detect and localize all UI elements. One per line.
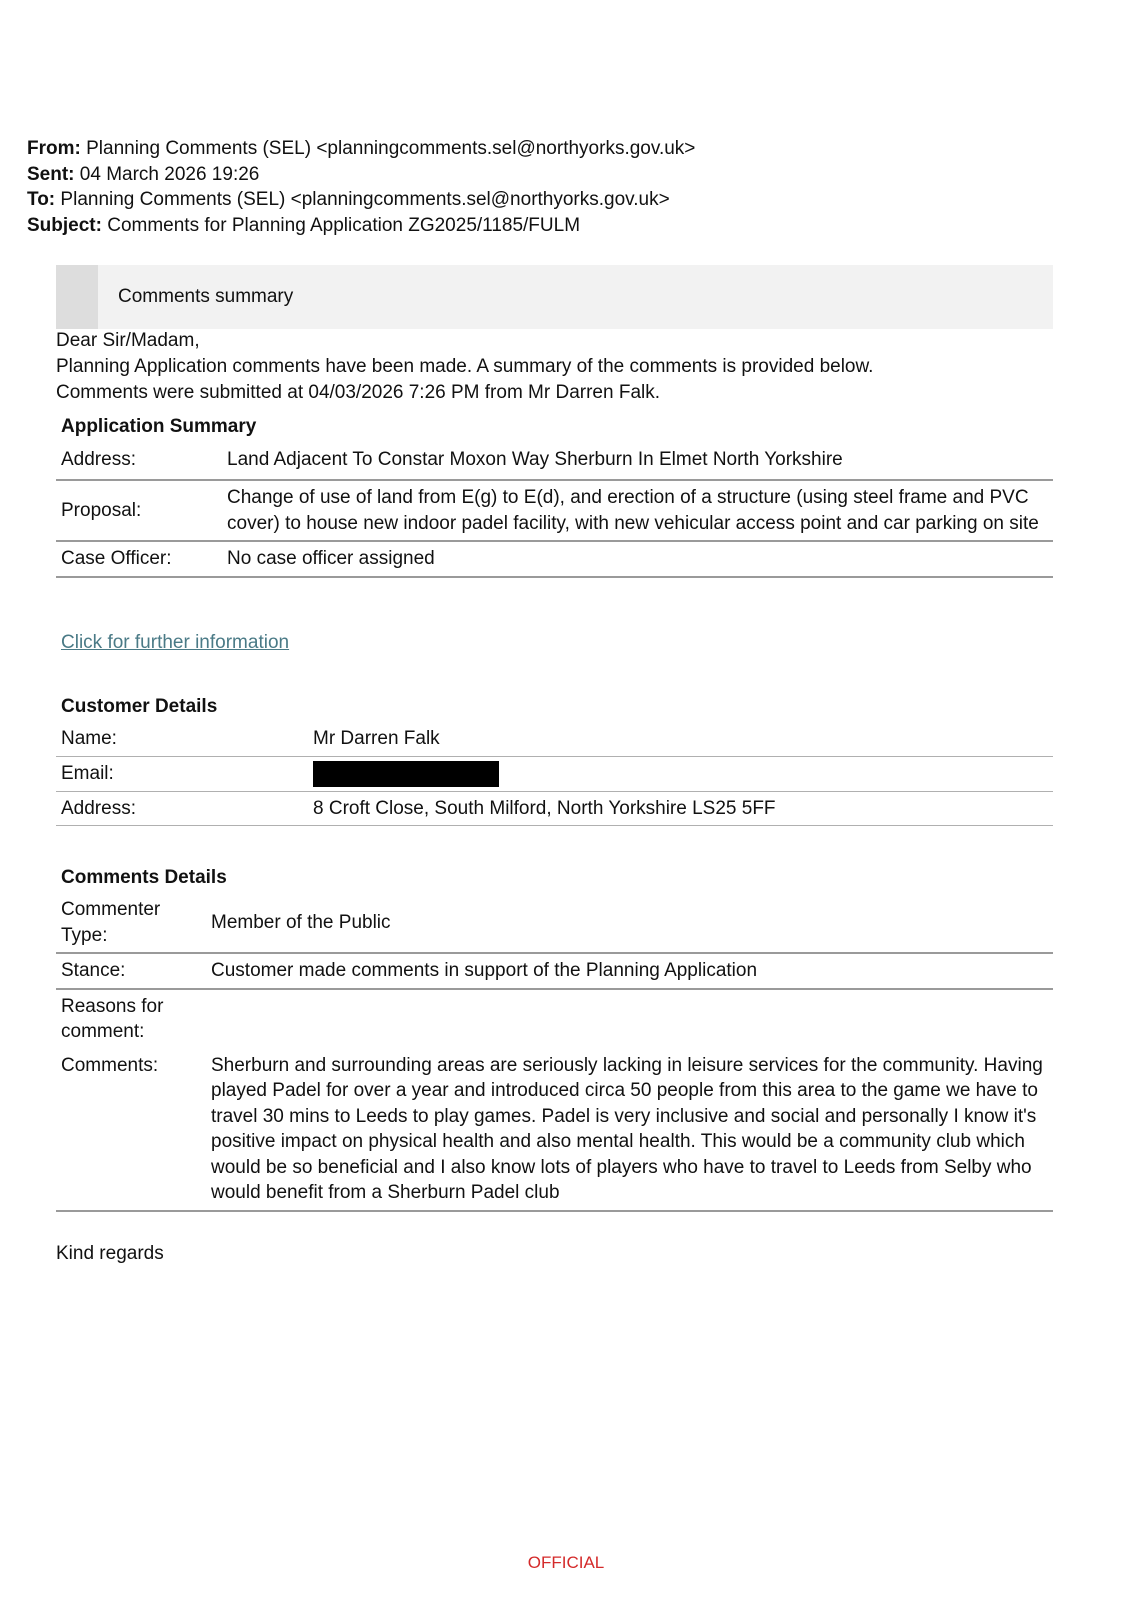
table-row: Stance: Customer made comments in suppor… <box>56 953 1053 989</box>
banner-accent <box>56 265 98 329</box>
email-header: From: Planning Comments (SEL) <planningc… <box>27 136 695 238</box>
row-value: Member of the Public <box>206 893 1053 953</box>
intro-line-2: Comments were submitted at 04/03/2026 7:… <box>56 380 873 406</box>
greeting: Dear Sir/Madam, <box>56 328 873 354</box>
from-value: Planning Comments (SEL) <planningcomment… <box>86 138 695 159</box>
table-row: Name: Mr Darren Falk <box>56 722 1053 756</box>
table-row: Email: <box>56 756 1053 791</box>
table-row: Case Officer: No case officer assigned <box>56 541 1053 577</box>
customer-details-title: Customer Details <box>61 696 217 718</box>
row-value: Mr Darren Falk <box>308 722 1053 756</box>
row-label: Address: <box>56 791 308 826</box>
to-row: To: Planning Comments (SEL) <planningcom… <box>27 187 695 213</box>
table-row: Proposal: Change of use of land from E(g… <box>56 480 1053 541</box>
row-value <box>206 989 1053 1049</box>
row-label: Name: <box>56 722 308 756</box>
from-label: From: <box>27 138 81 159</box>
classification-footer: OFFICIAL <box>0 1553 1132 1573</box>
from-row: From: Planning Comments (SEL) <planningc… <box>27 136 695 162</box>
application-summary-title: Application Summary <box>61 416 256 438</box>
row-label: Case Officer: <box>56 541 222 577</box>
customer-details-table: Name: Mr Darren Falk Email: Address: 8 C… <box>56 722 1053 826</box>
banner-title: Comments summary <box>118 286 293 308</box>
subject-label: Subject: <box>27 215 102 236</box>
row-label: Comments: <box>56 1049 206 1211</box>
intro-line-1: Planning Application comments have been … <box>56 354 873 380</box>
email-redacted <box>308 756 1053 791</box>
table-row: Comments: Sherburn and surrounding areas… <box>56 1049 1053 1211</box>
sent-label: Sent: <box>27 164 75 185</box>
to-label: To: <box>27 189 55 210</box>
row-value: Sherburn and surrounding areas are serio… <box>206 1049 1053 1211</box>
row-value: Change of use of land from E(g) to E(d),… <box>222 480 1053 541</box>
row-label: Proposal: <box>56 480 222 541</box>
table-row: Address: Land Adjacent To Constar Moxon … <box>56 441 1053 480</box>
comments-summary-banner: Comments summary <box>56 265 1053 329</box>
subject-value: Comments for Planning Application ZG2025… <box>107 215 580 236</box>
application-summary-table: Address: Land Adjacent To Constar Moxon … <box>56 441 1053 578</box>
redaction-block <box>313 761 499 787</box>
row-value: 8 Croft Close, South Milford, North York… <box>308 791 1053 826</box>
table-row: Commenter Type: Member of the Public <box>56 893 1053 953</box>
row-label: Commenter Type: <box>56 893 206 953</box>
to-value: Planning Comments (SEL) <planningcomment… <box>60 189 669 210</box>
signoff: Kind regards <box>56 1243 164 1265</box>
row-label: Stance: <box>56 953 206 989</box>
row-value: Customer made comments in support of the… <box>206 953 1053 989</box>
intro-text: Dear Sir/Madam, Planning Application com… <box>56 328 873 406</box>
sent-value: 04 March 2026 19:26 <box>80 164 260 185</box>
comments-details-title: Comments Details <box>61 867 227 889</box>
row-label: Address: <box>56 441 222 480</box>
row-value: Land Adjacent To Constar Moxon Way Sherb… <box>222 441 1053 480</box>
row-label: Reasons for comment: <box>56 989 206 1049</box>
table-row: Address: 8 Croft Close, South Milford, N… <box>56 791 1053 826</box>
comments-details-table: Commenter Type: Member of the Public Sta… <box>56 893 1053 1212</box>
row-value: No case officer assigned <box>222 541 1053 577</box>
subject-row: Subject: Comments for Planning Applicati… <box>27 213 695 239</box>
sent-row: Sent: 04 March 2026 19:26 <box>27 162 695 188</box>
table-row: Reasons for comment: <box>56 989 1053 1049</box>
row-label: Email: <box>56 756 308 791</box>
further-information-link[interactable]: Click for further information <box>61 632 289 654</box>
